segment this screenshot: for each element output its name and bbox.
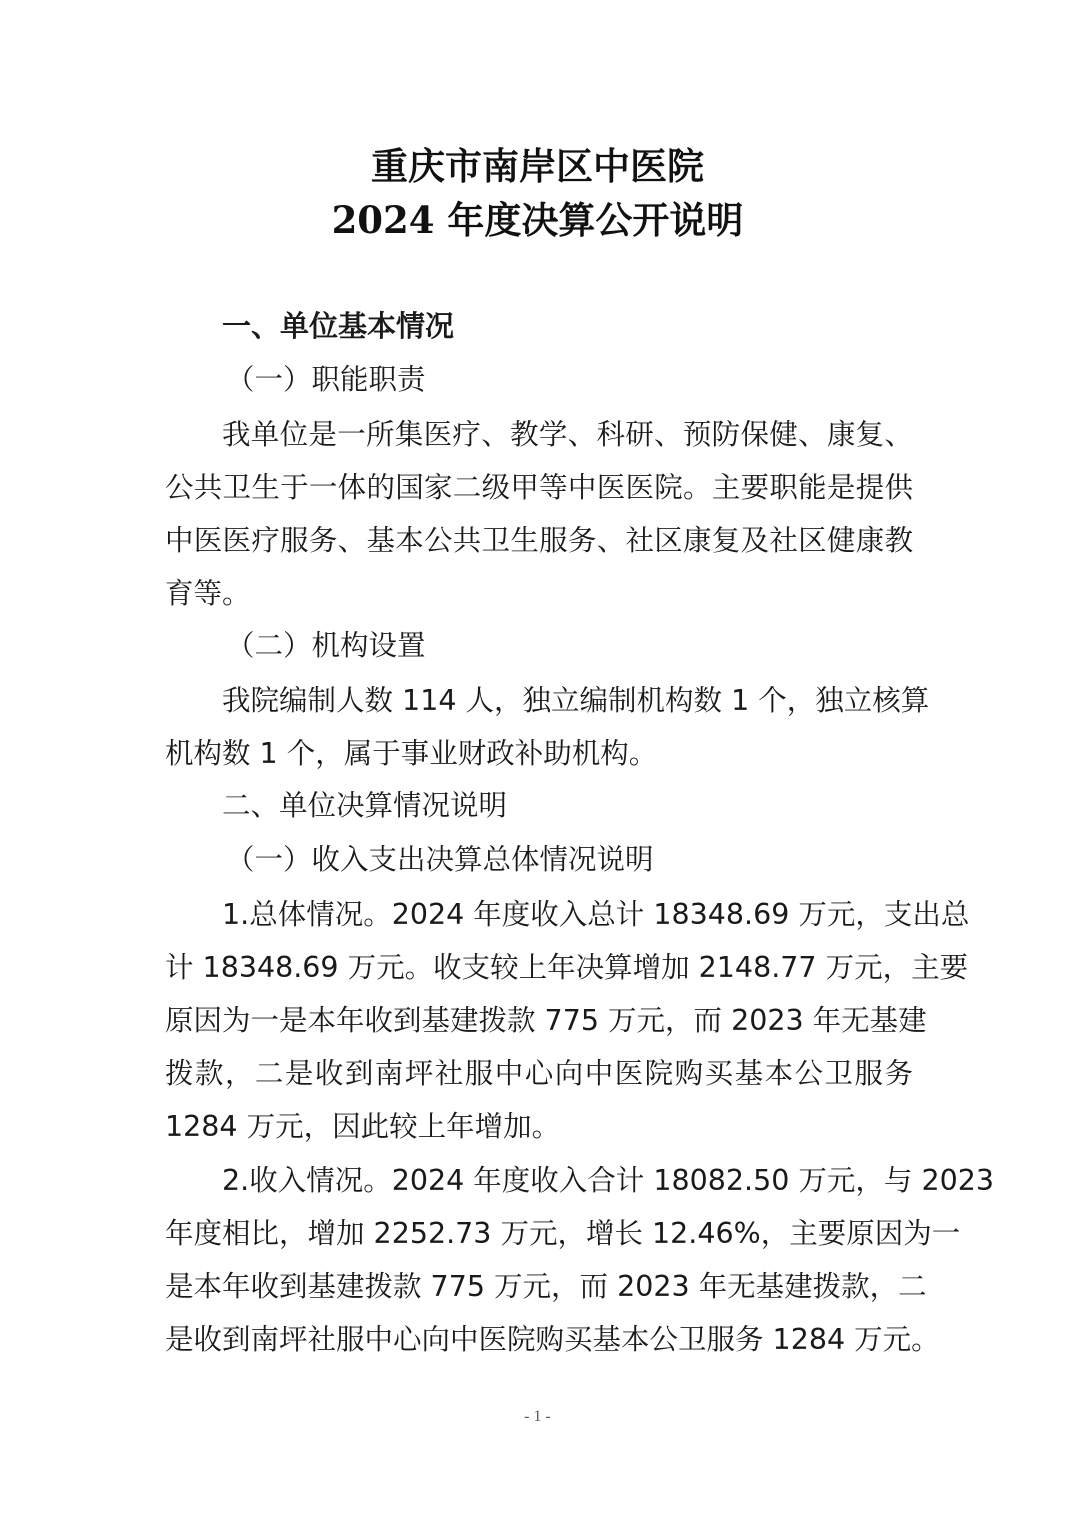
paragraph-line: 计 18348.69 万元。收支较上年决算增加 2148.77 万元，主要	[165, 948, 913, 988]
page-number: - 1 -	[0, 1408, 1075, 1426]
subsection-heading-income-expenditure-overview: （一）收入支出决算总体情况说明	[226, 840, 974, 880]
paragraph-line: 公共卫生于一体的国家二级甲等中医医院。主要职能是提供	[165, 468, 913, 508]
paragraph-line: 原因为一是本年收到基建拨款 775 万元，而 2023 年无基建	[165, 1001, 913, 1041]
paragraph-line: 是本年收到基建拨款 775 万元，而 2023 年无基建拨款，二	[165, 1267, 913, 1307]
section-heading-final-accounts: 二、单位决算情况说明	[222, 786, 970, 826]
paragraph-line: 2.收入情况。2024 年度收入合计 18082.50 万元，与 2023	[222, 1161, 913, 1201]
document-page: 重庆市南岸区中医院 2024 年度决算公开说明 一、单位基本情况 （一）职能职责…	[0, 0, 1075, 1520]
paragraph-line: 育等。	[165, 574, 913, 614]
document-title-line1: 重庆市南岸区中医院	[0, 136, 1075, 190]
paragraph-line: 年度相比，增加 2252.73 万元，增长 12.46%，主要原因为一	[165, 1214, 913, 1254]
paragraph-line: 我单位是一所集医疗、教学、科研、预防保健、康复、	[222, 415, 913, 455]
paragraph-line: 1.总体情况。2024 年度收入总计 18348.69 万元，支出总	[222, 895, 913, 935]
section-heading-unit-basics: 一、单位基本情况	[222, 306, 970, 346]
paragraph-line: 1284 万元，因此较上年增加。	[165, 1107, 913, 1147]
paragraph-line: 是收到南坪社服中心向中医院购买基本公卫服务 1284 万元。	[165, 1320, 913, 1360]
paragraph-line: 机构数 1 个，属于事业财政补助机构。	[165, 734, 913, 774]
subsection-heading-functions: （一）职能职责	[226, 360, 974, 400]
paragraph-line: 拨款，二是收到南坪社服中心向中医院购买基本公卫服务	[165, 1054, 913, 1094]
paragraph-line: 中医医疗服务、基本公共卫生服务、社区康复及社区健康教	[165, 521, 913, 561]
document-title-line2: 2024 年度决算公开说明	[0, 190, 1075, 244]
subsection-heading-organization: （二）机构设置	[226, 626, 974, 666]
paragraph-line: 我院编制人数 114 人，独立编制机构数 1 个，独立核算	[222, 681, 913, 721]
